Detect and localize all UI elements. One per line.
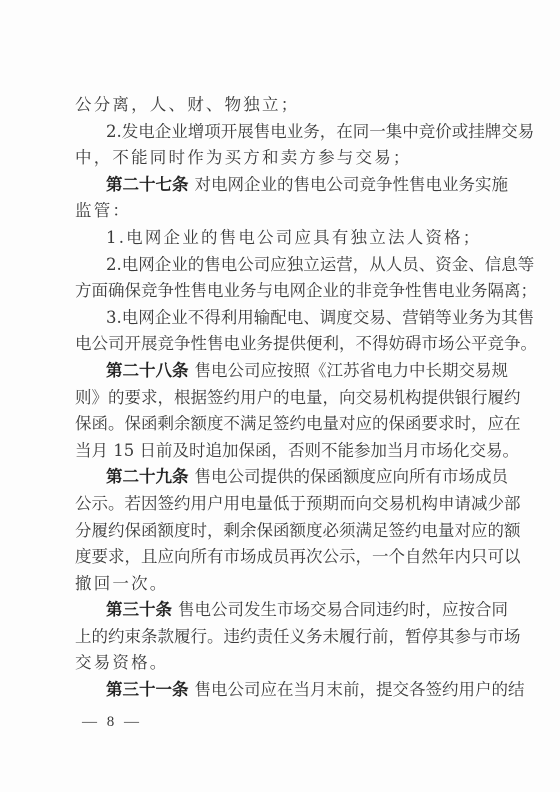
text-line: 上的约束条款履行。违约责任义务未履行前，暂停其参与市场 [75,624,487,651]
article-number: 第二十七条 [106,175,189,194]
article-31-heading: 第三十一条售电公司应在当月末前，提交各签约用户的结 [75,677,487,704]
article-29-heading: 第二十九条售电公司提供的保函额度应向所有市场成员 [75,464,487,491]
text-line: 当月 15 日前及时追加保函，否则不能参加当月市场化交易。 [75,438,487,465]
article-number: 第三十条 [106,600,172,619]
article-text: 售电公司应按照《江苏省电力中长期交易规 [195,361,509,380]
text-line: 电公司开展竞争性售电业务提供便利，不得妨碍市场公平竞争。 [75,331,487,358]
text-line: 中，不能同时作为买方和卖方参与交易； [75,145,487,172]
text-line: 监管： [75,198,487,225]
list-item-3: 3.电网企业不得利用输配电、调度交易、营销等业务为其售 [75,305,487,332]
text-line: 撤回一次。 [75,571,487,598]
article-number: 第二十八条 [106,361,189,380]
text-line: 公示。若因签约用户用电量低于预期而向交易机构申请减少部 [75,491,487,518]
article-text: 对电网企业的售电公司竞争性售电业务实施 [195,175,509,194]
article-number: 第三十一条 [106,680,189,699]
page-number: — 8 — [82,711,142,733]
text-line: 分履约保函额度时，剩余保函额度必须满足签约电量对应的额 [75,518,487,545]
list-item-2: 2.发电企业增项开展售电业务，在同一集中竞价或挂牌交易 [75,119,487,146]
document-page: 公分离，人、财、物独立； 2.发电企业增项开展售电业务，在同一集中竞价或挂牌交易… [0,0,560,792]
article-number: 第二十九条 [106,467,189,486]
list-item-2: 2.电网企业的售电公司应独立运营，从人员、资金、信息等 [75,252,487,279]
text-line: 公分离，人、财、物独立； [75,92,487,119]
article-27-heading: 第二十七条对电网企业的售电公司竞争性售电业务实施 [75,172,487,199]
article-text: 售电公司提供的保函额度应向所有市场成员 [195,467,509,486]
article-text: 售电公司发生市场交易合同违约时，应按合同 [178,600,508,619]
text-line: 保函。保函剩余额度不满足签约电量对应的保函要求时，应在 [75,411,487,438]
article-30-heading: 第三十条售电公司发生市场交易合同违约时，应按合同 [75,597,487,624]
body-text: 公分离，人、财、物独立； 2.发电企业增项开展售电业务，在同一集中竞价或挂牌交易… [75,92,487,704]
text-line: 交易资格。 [75,650,487,677]
article-28-heading: 第二十八条售电公司应按照《江苏省电力中长期交易规 [75,358,487,385]
list-item-1: 1.电网企业的售电公司应具有独立法人资格； [75,225,487,252]
text-line: 则》的要求，根据签约用户的电量，向交易机构提供银行履约 [75,385,487,412]
article-text: 售电公司应在当月末前，提交各签约用户的结 [195,680,525,699]
text-line: 度要求，且应向所有市场成员再次公示，一个自然年内只可以 [75,544,487,571]
text-line: 方面确保竞争性售电业务与电网企业的非竞争性售电业务隔离； [75,278,487,305]
